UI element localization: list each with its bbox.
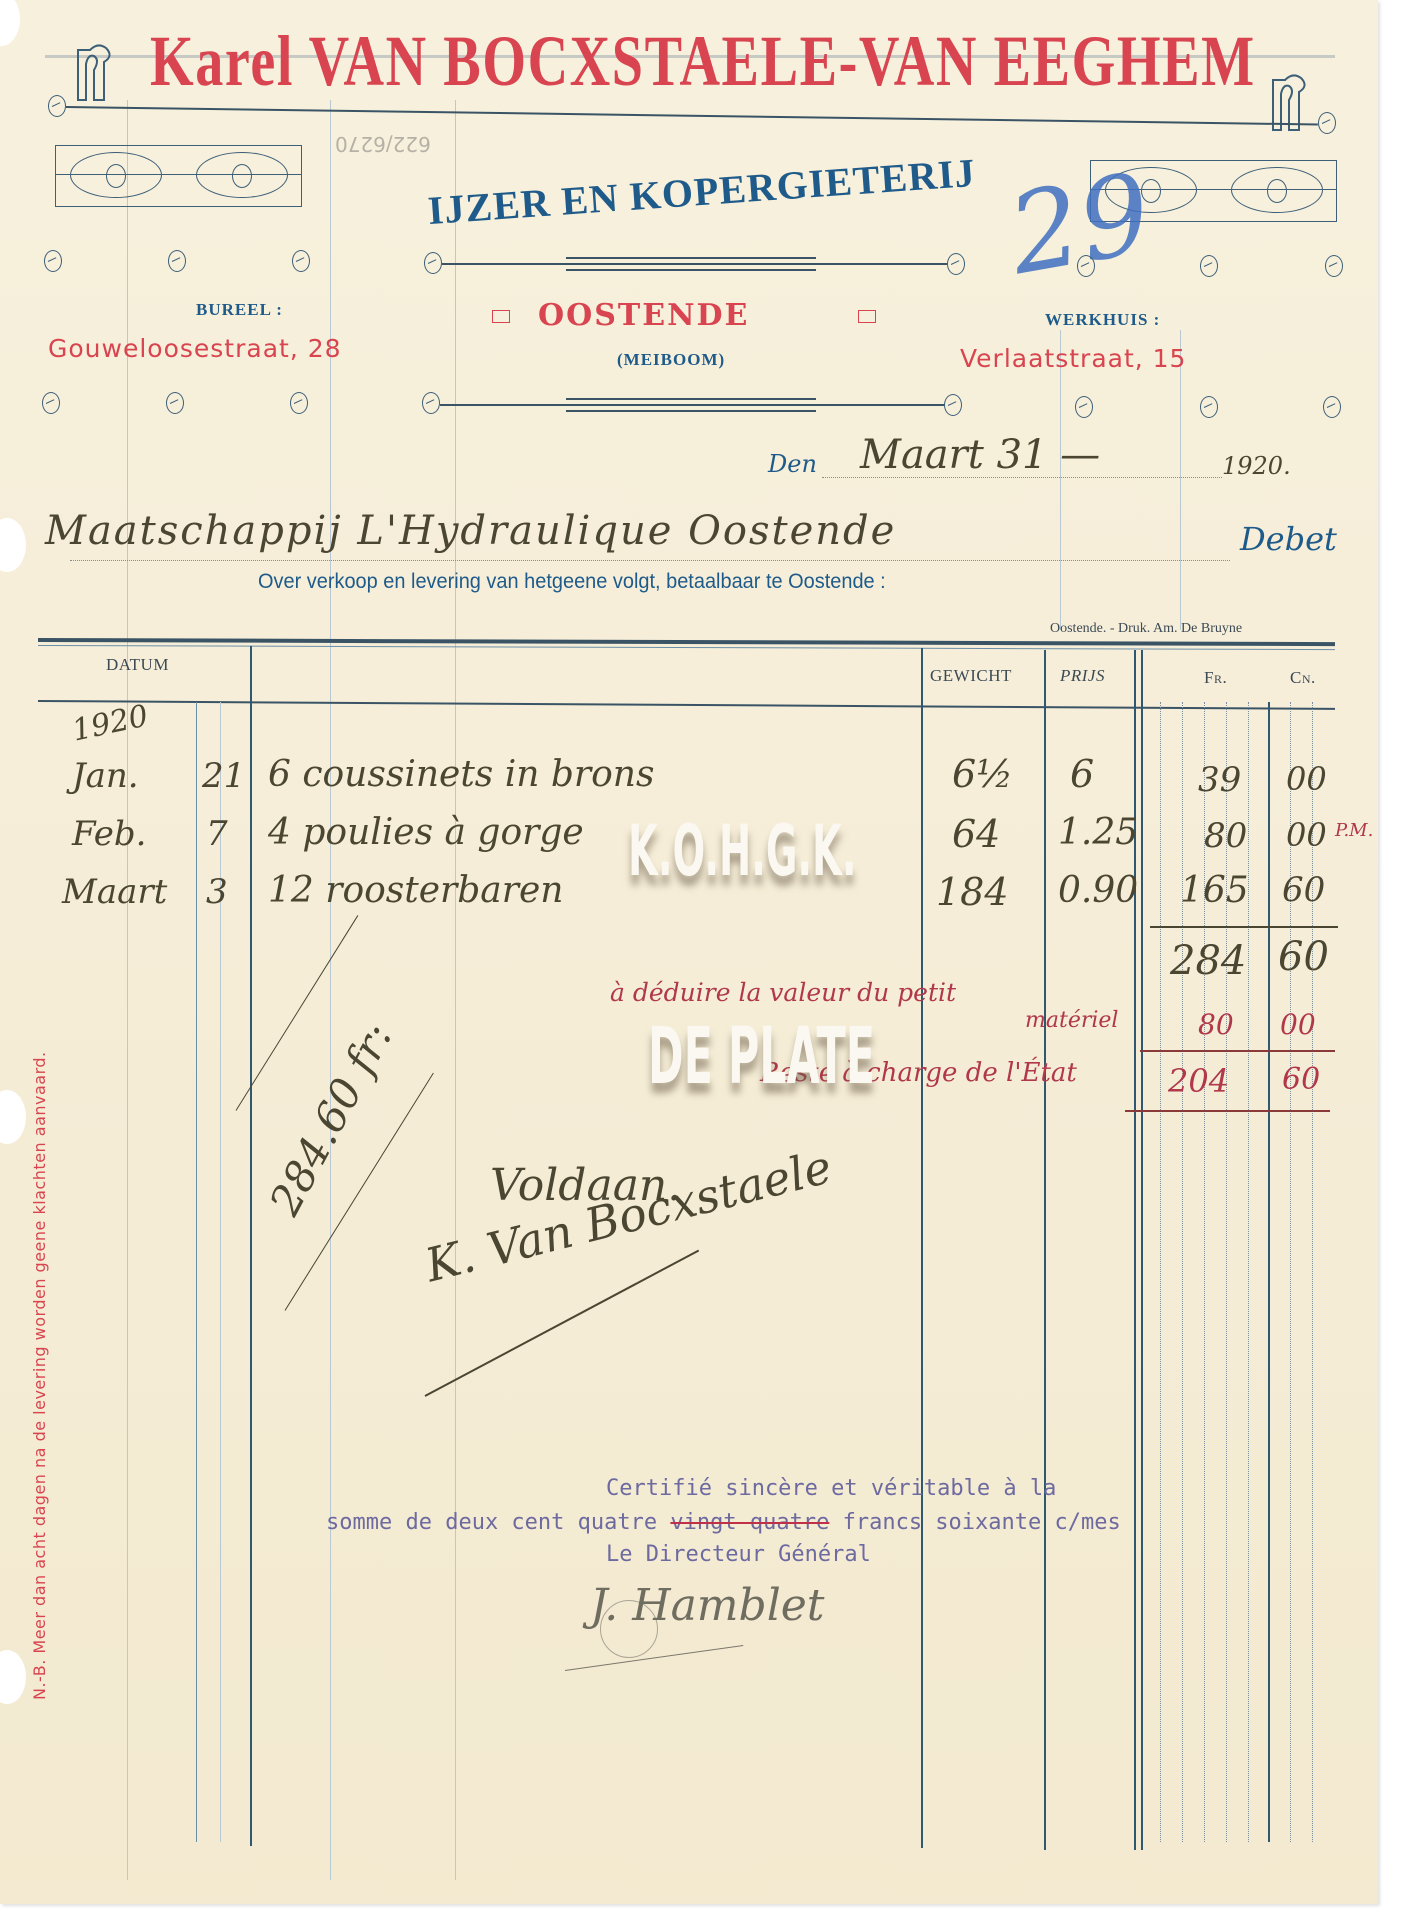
deduction-label-line1: à déduire la valeur du petit — [610, 978, 956, 1007]
certification-line2: somme de deux cent quatre vingt quatre f… — [326, 1510, 1121, 1535]
dotted-guide — [1160, 702, 1161, 1842]
deduction-centimes: 00 — [1280, 1008, 1316, 1041]
decorative-knob-icon — [1200, 396, 1218, 418]
center-rule — [566, 410, 816, 412]
row-centimes: 00 — [1286, 816, 1327, 854]
row-price: 0.90 — [1058, 870, 1138, 911]
header-centimes: Cn. — [1290, 668, 1316, 688]
certification-line3: Le Directeur Général — [606, 1542, 871, 1567]
subtotal-francs: 284 — [1170, 938, 1246, 984]
customer-name: Maatschappij L'Hydraulique Oostende — [45, 508, 896, 554]
row-day: 3 — [206, 872, 228, 912]
row-weight: 64 — [952, 812, 1000, 856]
bracket-box-icon — [858, 310, 876, 323]
row-weight: 184 — [936, 870, 1009, 914]
payment-terms: Over verkoop en levering van hetgeene vo… — [258, 570, 886, 594]
guide-line — [127, 100, 128, 1880]
deduction-rule — [1140, 1050, 1335, 1052]
guide-line — [455, 100, 456, 1880]
workshop-label: WERKHUIS : — [1045, 310, 1160, 330]
certification-struck-text: vingt quatre — [670, 1510, 829, 1535]
art-nouveau-ornament-icon — [70, 40, 120, 105]
guide-line — [1180, 330, 1181, 630]
center-rule — [440, 404, 945, 406]
row-weight: 6½ — [952, 752, 1013, 796]
watermark-line2: DE PLATE — [648, 1012, 875, 1102]
decorative-knob-icon — [422, 392, 440, 414]
remainder-francs: 204 — [1168, 1062, 1229, 1100]
center-rule — [566, 398, 816, 400]
row-centimes: 60 — [1282, 870, 1325, 910]
row-francs: 39 — [1198, 760, 1241, 800]
row-francs: 165 — [1180, 870, 1249, 911]
center-rule — [442, 263, 947, 265]
decorative-knob-icon — [292, 250, 310, 272]
row-description: 6 coussinets in brons — [268, 754, 654, 795]
printer-credit: Oostende. - Druk. Am. De Bruyne — [1050, 621, 1242, 637]
row-day: 7 — [206, 814, 228, 854]
row-centimes: 00 — [1286, 760, 1327, 798]
remainder-centimes: 60 — [1282, 1062, 1320, 1097]
decorative-knob-icon — [1323, 396, 1341, 418]
punch-hole — [0, 0, 20, 46]
guide-line — [330, 100, 331, 1880]
row-description: 12 roosterbaren — [268, 870, 563, 911]
punch-hole — [0, 518, 26, 572]
bracket-box-icon — [492, 310, 510, 323]
col-divider-day — [196, 702, 197, 1842]
header-rule — [66, 106, 1318, 125]
invoice-paper: Karel VAN BOCXSTAELE-VAN EEGHEM 622/6270… — [0, 0, 1378, 1904]
deduction-label-line2: matériel — [1025, 1008, 1118, 1033]
center-rule — [566, 269, 816, 271]
certification-line1: Certifié sincère et véritable à la — [606, 1476, 1056, 1501]
col-divider-datum — [250, 646, 252, 1846]
trade-name-text: IJZER EN KOPERGIETERIJ — [426, 149, 977, 234]
guide-line — [1060, 330, 1061, 630]
date-year: 1920. — [1222, 452, 1291, 480]
office-label: BUREEL : — [196, 300, 283, 320]
decorative-knob-icon — [166, 392, 184, 414]
decorative-knob-icon — [44, 250, 62, 272]
row-month: Feb. — [72, 814, 146, 854]
debit-label: Debet — [1240, 520, 1337, 558]
certification-amount-prefix: somme de deux cent quatre — [326, 1510, 657, 1535]
trade-name: IJZER EN KOPERGIETERIJ — [360, 150, 1040, 197]
rule-knob-icon — [1318, 112, 1336, 134]
rule-knob-icon — [48, 95, 66, 117]
row-day: 21 — [202, 756, 245, 796]
workshop-address: Verlaatstraat, 15 — [960, 344, 1186, 373]
row-price: 1.25 — [1058, 812, 1138, 853]
header-francs: Fr. — [1204, 668, 1227, 688]
city-name: OOSTENDE — [538, 298, 749, 333]
punch-hole — [0, 1090, 26, 1144]
row-month: Jan. — [72, 756, 139, 796]
row-month: Maart — [62, 872, 167, 912]
row-description: 4 poulies à gorge — [268, 812, 584, 853]
header-prijs: PRIJS — [1060, 666, 1105, 686]
decorative-knob-icon — [1325, 255, 1343, 277]
decorative-knob-icon — [424, 252, 442, 274]
punch-hole — [0, 1650, 26, 1704]
blue-crayon-mark: 29 — [1000, 149, 1160, 299]
customer-leader — [70, 560, 1230, 561]
col-divider-double-b — [1141, 650, 1143, 1850]
decorative-knob-icon — [1075, 396, 1093, 418]
decorative-knob-icon — [42, 392, 60, 414]
decorative-knob-icon — [168, 250, 186, 272]
date-prefix: Den — [768, 450, 817, 478]
certification-amount-suffix: francs soixante c/mes — [843, 1510, 1121, 1535]
subtotal-centimes: 60 — [1278, 934, 1329, 980]
col-divider-gewicht — [921, 648, 923, 1848]
row-note: P.M. — [1335, 820, 1373, 841]
header-datum: DATUM — [106, 655, 169, 675]
director-signature: J. Hamblet — [590, 1580, 824, 1631]
signature-flourish — [565, 1645, 743, 1671]
decorative-knob-icon — [947, 253, 965, 275]
date-handwritten: Maart 31 — — [860, 432, 1100, 478]
decorative-knob-icon — [290, 392, 308, 414]
decorative-knob-icon — [1077, 255, 1095, 277]
header-gewicht: GEWICHT — [930, 666, 1012, 686]
row-francs: 80 — [1204, 816, 1247, 856]
row-price: 6 — [1070, 752, 1094, 796]
subtotal-rule — [1150, 926, 1338, 928]
margin-notice: N.-B. Meer dan acht dagen na de levering… — [30, 1051, 49, 1700]
decorative-knob-icon — [1200, 255, 1218, 277]
decorative-knob-icon — [944, 394, 962, 416]
deduction-francs: 80 — [1198, 1008, 1234, 1041]
decorative-panel-left — [55, 145, 302, 207]
col-divider-fr-cn — [1268, 702, 1270, 1842]
center-rule — [566, 257, 816, 259]
office-address: Gouweloosestraat, 28 — [48, 334, 342, 363]
year-handwritten: 1920 — [69, 698, 151, 748]
district-name: (MEIBOOM) — [617, 350, 725, 370]
watermark-line1: K.O.H.G.K. — [628, 810, 857, 892]
col-divider-prijs — [1044, 650, 1046, 1850]
remainder-rule — [1125, 1110, 1330, 1112]
company-name: Karel VAN BOCXSTAELE-VAN EEGHEM — [150, 20, 1256, 103]
